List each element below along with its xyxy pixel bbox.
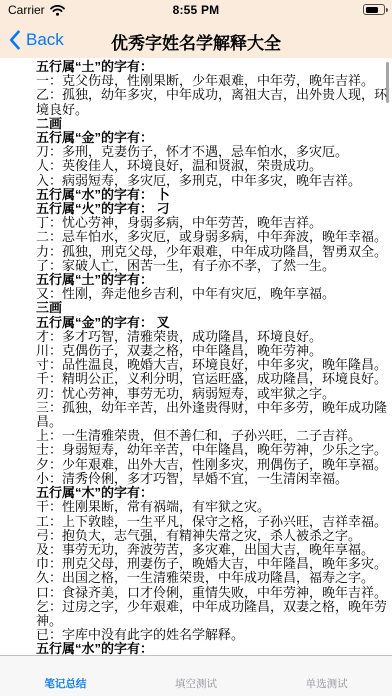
text-body: 五行属“土”的字有：一：克父伤母，性刚果断，少年艰难，中年劳，晚年吉祥。乙：孤独… — [36, 60, 390, 657]
text-line: 丁：忧心劳神，身弱多病，中年劳苦，晚年吉祥。 — [36, 216, 390, 230]
tab-label: 单选测试 — [306, 676, 348, 691]
app-screen: Carrier 8:55 PM Back 优秀字姓名学解释大全 — [0, 0, 392, 696]
chevron-left-icon — [9, 30, 20, 50]
text-line: 弓：抱负大，志气强，有精神失常之灾，杀人被杀之字。 — [36, 529, 390, 543]
text-line: 已：字库中没有此字的姓名学解释。 — [36, 628, 390, 642]
text-line: 五行属“土”的字有： — [36, 60, 390, 74]
text-line: 巾：刑克父母，刑妻伤子，晚婚大吉，中年隆昌，晚年多灾。 — [36, 557, 390, 571]
text-line: 川：克偶伤子，双妻之格，中年隆昌，晚年劳神。 — [36, 344, 390, 358]
text-line: 五行属“火”的字有： 刁 — [36, 202, 390, 216]
content-scroll[interactable]: 五行属“土”的字有：一：克父伤母，性刚果断，少年艰难，中年劳，晚年吉祥。乙：孤独… — [0, 58, 392, 696]
text-line: 刀：多刑，克妻伤子，怀才不遇，忌车怕水，多灾厄。 — [36, 145, 390, 159]
text-line: 口：食禄齐美，口才伶俐，重情失败，中年劳神，晚年吉祥。 — [36, 586, 390, 600]
text-line: 久：出国之格，一生清雅荣贵，中年成功隆昌，福寿之字。 — [36, 571, 390, 585]
text-line: 又：性刚，奔走他乡吉利，中年有灾厄，晚年享福。 — [36, 287, 390, 301]
text-line: 乙：孤独，幼年多灾，中年成功，离祖大吉，出外贵人现，环境良好。 — [36, 88, 390, 116]
tab-item[interactable]: 单选测试 — [261, 656, 392, 696]
text-line: 五行属“土”的字有： — [36, 273, 390, 287]
battery-icon — [363, 4, 385, 15]
text-line: 二画 — [36, 117, 390, 131]
navigation-bar: Back 优秀字姓名学解释大全 — [0, 20, 392, 58]
text-line: 及：事劳无功，奔波劳苦，多灾难，出国大吉，晚年享福。 — [36, 543, 390, 557]
text-line: 干：性刚果断，常有祸端，有牢狱之灾。 — [36, 500, 390, 514]
text-line: 千：精明公正，义利分明，官运旺盛，成功隆昌，环境良好。 — [36, 372, 390, 386]
text-line: 士：身弱短寿，幼年辛苦，中年隆昌，晚年劳神，少乐之字。 — [36, 443, 390, 457]
text-line: 五行属“金”的字有： — [36, 131, 390, 145]
text-line: 五行属“水”的字有： 卜 — [36, 188, 390, 202]
text-line: 五行属“金”的字有： 叉 — [36, 316, 390, 330]
text-line: 上：一生清雅荣贵，但不善仁和，子孙兴旺，二子吉祥。 — [36, 429, 390, 443]
text-line: 力：孤独，刑克父母，少年艰难，中年成功隆昌，智勇双全。 — [36, 245, 390, 259]
status-bar: Carrier 8:55 PM — [0, 0, 392, 20]
text-line: 才：多才巧智，清雅荣贵，成功隆昌，环境良好。 — [36, 330, 390, 344]
text-line: 了：家破人亡，困苦一生，有子亦不孝，了然一生。 — [36, 259, 390, 273]
tab-label: 填空测试 — [175, 676, 217, 691]
text-line: 小：清秀伶俐，多才巧智，早婚不宜，一生清闲幸福。 — [36, 472, 390, 486]
tab-list: 笔记总结 填空测试 单选测试 — [0, 656, 392, 696]
text-line: 工：上下敦睦，一生平凡，保守之格，子孙兴旺，吉祥幸福。 — [36, 515, 390, 529]
page-title: 优秀字姓名学解释大全 — [40, 29, 352, 54]
tab-label: 笔记总结 — [44, 676, 86, 691]
text-line: 五行属“木”的字有： — [36, 486, 390, 500]
text-line: 三画 — [36, 301, 390, 315]
text-line: 夕：少年艰难，出外大吉，性刚多灾，刑偶伤子，晚年享福。 — [36, 458, 390, 472]
text-line: 乞：过房之字，少年艰难，中年成功隆昌，双妻之格，晚年劳神。 — [36, 600, 390, 628]
text-line: 一：克父伤母，性刚果断，少年艰难，中年劳，晚年吉祥。 — [36, 74, 390, 88]
text-line: 三：孤独，幼年辛苦，出外逢贵得财，中年多劳，晚年成功隆昌。 — [36, 401, 390, 429]
text-line: 人：英俊佳人，环境良好，温和贤淑，荣贵成功。 — [36, 159, 390, 173]
tab-item[interactable]: 填空测试 — [131, 656, 262, 696]
scrollbar-thumb[interactable] — [386, 62, 389, 103]
text-line: 寸：品性温良，晚婚大吉，环境良好，中年多灾，晚年隆昌。 — [36, 358, 390, 372]
text-line: 刃：忧心劳神，事劳无功，病弱短寿，或牢狱之字。 — [36, 387, 390, 401]
tab-item[interactable]: 笔记总结 — [0, 656, 131, 696]
tab-bar: 笔记总结 填空测试 单选测试 — [0, 655, 392, 696]
text-line: 二：忌车怕水，多灾厄，或身弱多病，中年奔波，晚年幸福。 — [36, 230, 390, 244]
text-line: 入：病弱短寿，多灾厄，多刑克，中年多灾，晚年吉祥。 — [36, 174, 390, 188]
status-time: 8:55 PM — [0, 3, 392, 17]
